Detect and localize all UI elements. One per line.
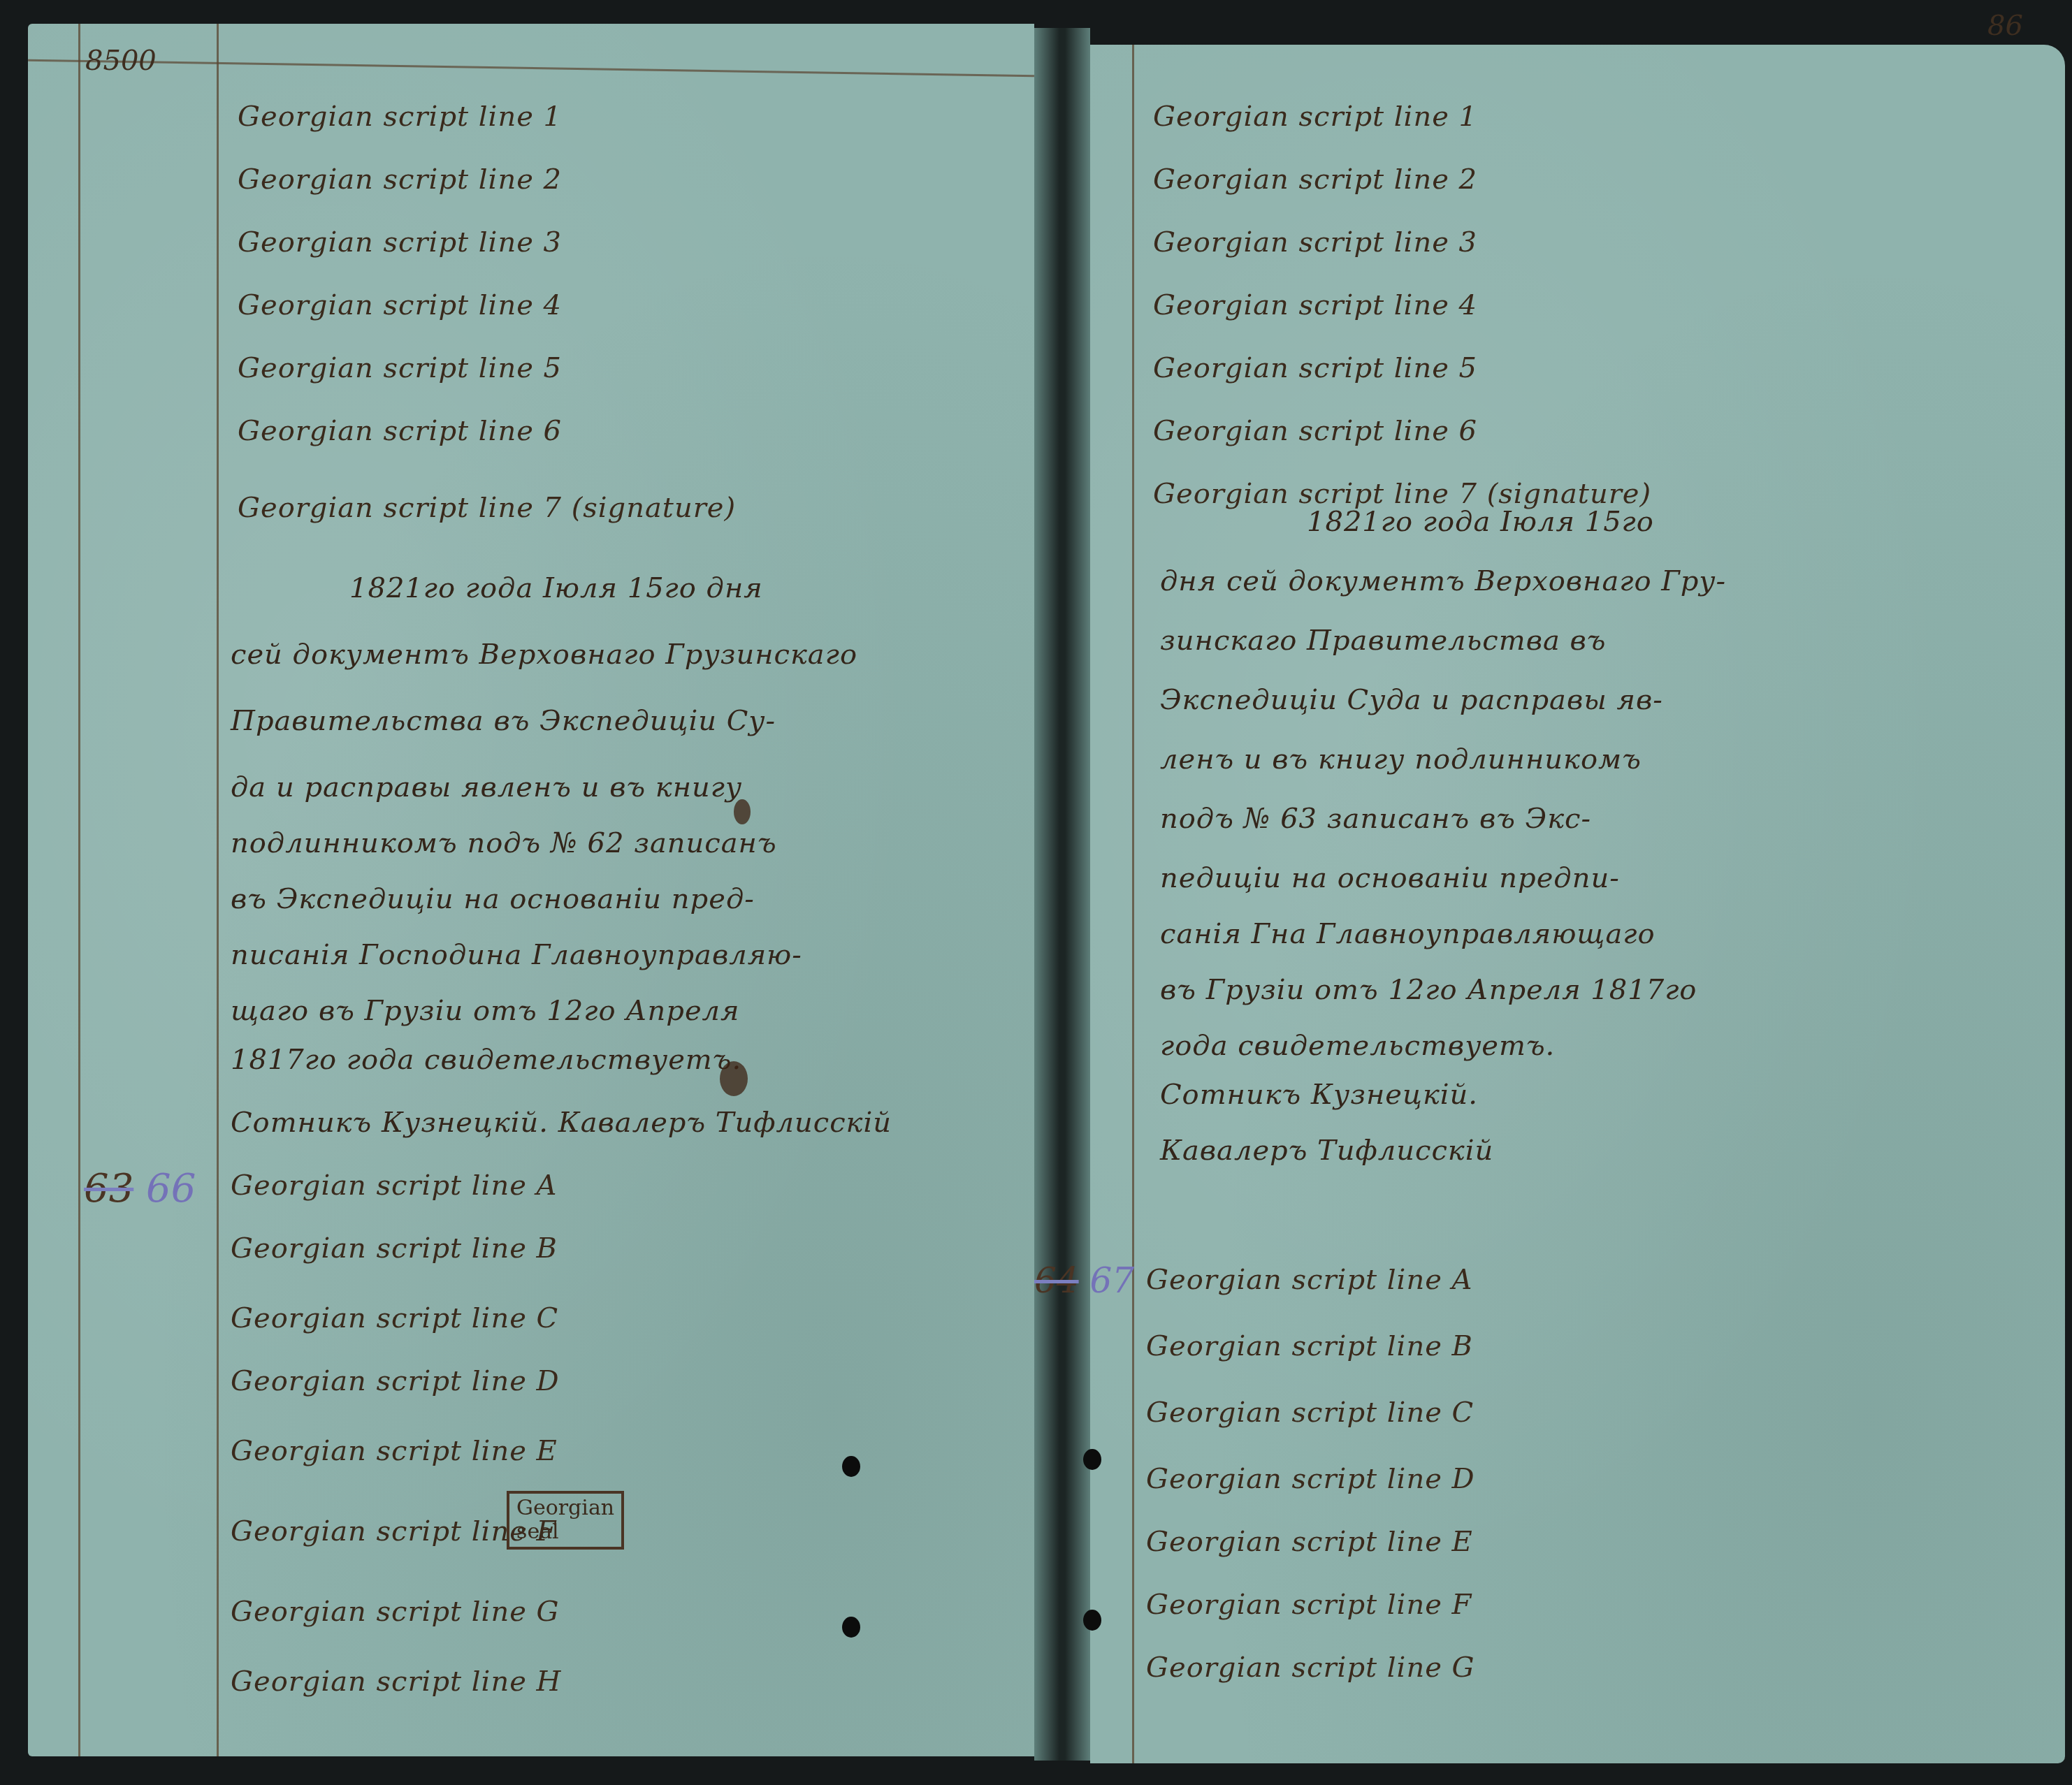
binding-hole [1083,1449,1101,1470]
registration-note-line: въ Экспедицiи на основанiи пред- [231,883,755,915]
georgian-line: Georgian script line A [231,1170,557,1202]
binding-hole [842,1456,860,1477]
margin-rule-inner [1132,45,1134,1763]
georgian-line: Georgian script line 3 [1153,226,1477,258]
georgian-line: Georgian script line B [231,1232,558,1265]
registration-note-line: дня сей документъ Верховнаго Гру- [1160,565,1726,597]
georgian-line: Georgian script line H [231,1666,561,1698]
georgian-line: Georgian script line 4 [1153,289,1477,321]
registration-note-line: 1821го года Iюля 15го дня [349,572,763,604]
georgian-line: Georgian script line 3 [238,226,562,258]
georgian-signature-line: Georgian script line 7 (signature) [238,492,736,524]
registration-note-line: щаго въ Грузiи отъ 12го Апреля [231,995,740,1027]
ink-blot [734,799,751,824]
registration-note-line: года свидетельствуетъ. [1160,1030,1555,1062]
margin-number: 63 66 [84,1166,196,1211]
registration-note-line: подлинникомъ подъ № 62 записанъ [231,827,777,859]
georgian-line: Georgian script line D [1146,1463,1475,1495]
margin-number-corrected: 67 [1090,1260,1135,1301]
georgian-line: Georgian script line F [1146,1589,1472,1621]
seal-text: Georgian [516,1496,614,1520]
registration-note-line: Сотникъ Кузнецкiй. [1160,1079,1478,1111]
margin-number-struck: 64 [1034,1260,1079,1301]
binding-hole [1083,1610,1101,1631]
right-page: 86 Georgian script line 1 Georgian scrip… [1090,45,2065,1763]
georgian-line: Georgian script line 6 [238,415,562,447]
georgian-line: Georgian script line 5 [238,352,562,384]
registration-note-line: писанiя Господина Главноуправляю- [231,939,802,971]
left-page: 8500 Georgian script line 1 Georgian scr… [28,24,1034,1756]
margin-rule-outer [78,24,80,1756]
registration-note-line: Сотникъ Кузнецкiй. Кавалеръ Тифлисскiй [231,1107,892,1139]
margin-number-struck: 63 [84,1166,133,1211]
registration-note-line: зинскаго Правительства въ [1160,625,1606,657]
registration-note-line: 1817го года свидетельствуетъ. [231,1044,741,1076]
margin-rule-inner [217,24,219,1756]
georgian-line: Georgian script line A [1146,1264,1472,1296]
georgian-line: Georgian script line 4 [238,289,562,321]
georgian-line: Georgian script line G [1146,1652,1475,1684]
folio-number: 86 [1987,10,2023,42]
georgian-line: Georgian script line C [231,1302,558,1334]
registration-note-line: въ Грузiи отъ 12го Апреля 1817го [1160,974,1697,1006]
georgian-line: Georgian script line G [231,1596,559,1628]
georgian-line: Georgian script line 5 [1153,352,1477,384]
book-gutter [1034,28,1090,1761]
registration-note-line: ленъ и въ книгу подлинникомъ [1160,743,1642,775]
registration-note-line: подъ № 63 записанъ въ Экс- [1160,803,1591,835]
margin-number-corrected: 66 [146,1166,196,1211]
georgian-line: Georgian script line 6 [1153,415,1477,447]
registration-note-line: педицiи на основанiи предпи- [1160,862,1620,894]
registration-note-line: сей документъ Верховнаго Грузинскаго [231,639,857,671]
top-rule [28,59,1034,78]
registration-note-line: Правительства въ Экспедицiи Су- [231,705,776,737]
georgian-line: Georgian script line D [231,1365,560,1397]
georgian-line: Georgian script line 1 [1153,101,1477,133]
georgian-line: Georgian script line 2 [238,163,562,196]
margin-number: 64 67 [1034,1260,1134,1301]
registration-note-line: санiя Гна Главноуправляющаго [1160,918,1656,950]
seal-box: Georgian seal [507,1491,624,1550]
registration-note-line: 1821го года Iюля 15го [1307,506,1654,538]
seal-text: seal [516,1520,614,1544]
folio-number: 8500 [85,45,157,77]
georgian-line: Georgian script line C [1146,1397,1474,1429]
binding-hole [842,1617,860,1638]
georgian-line: Georgian script line E [231,1435,558,1467]
georgian-line: Georgian script line E [1146,1526,1473,1558]
georgian-line: Georgian script line B [1146,1330,1473,1362]
georgian-line: Georgian script line 2 [1153,163,1477,196]
ink-blot [720,1061,748,1096]
georgian-line: Georgian script line 1 [238,101,562,133]
registration-note-line: Экспедицiи Суда и расправы яв- [1160,684,1663,716]
registration-note-line: да и расправы явленъ и въ книгу [231,771,742,803]
registration-note-line: Кавалеръ Тифлисскiй [1160,1135,1493,1167]
